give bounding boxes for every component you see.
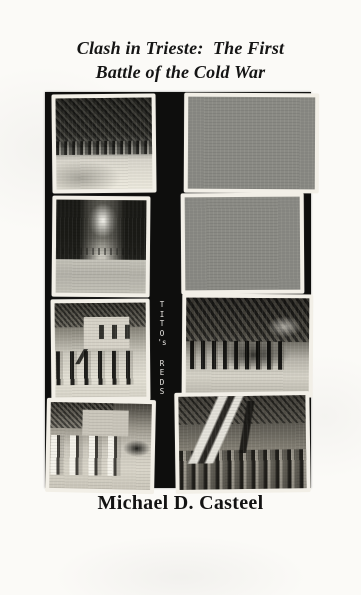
caption-word-reds: R E D S (160, 359, 165, 397)
photo-image (55, 303, 147, 398)
photo-image (186, 298, 310, 394)
photo-image (56, 200, 147, 294)
title-line-1: Clash in Trieste: The First (0, 36, 361, 60)
photo-collage: T I T O 's R E D S (45, 92, 311, 488)
title-line-2: Battle of the Cold War (0, 60, 361, 84)
photo-spectators-street (184, 93, 320, 194)
photo-avenue-flags (181, 193, 305, 295)
photo-image (188, 97, 315, 190)
photo-striped-flags (174, 391, 310, 494)
photo-women-flags (45, 398, 156, 494)
photo-image (49, 402, 152, 490)
book-title: Clash in Trieste: The First Battle of th… (0, 36, 361, 84)
book-cover: Clash in Trieste: The First Battle of th… (0, 0, 361, 595)
photo-crowd-under-trees (51, 93, 156, 193)
author-name: Michael D. Casteel (0, 492, 361, 515)
handwritten-caption-titos-reds: T I T O 's R E D S (154, 300, 170, 397)
photo-marching-column (182, 294, 314, 398)
photo-image (56, 97, 153, 189)
photo-marchers-building (51, 299, 151, 402)
photo-image (178, 395, 306, 490)
photo-avenue (52, 196, 151, 298)
caption-word-titos: T I T O 's (157, 300, 166, 348)
photo-image (185, 197, 301, 291)
